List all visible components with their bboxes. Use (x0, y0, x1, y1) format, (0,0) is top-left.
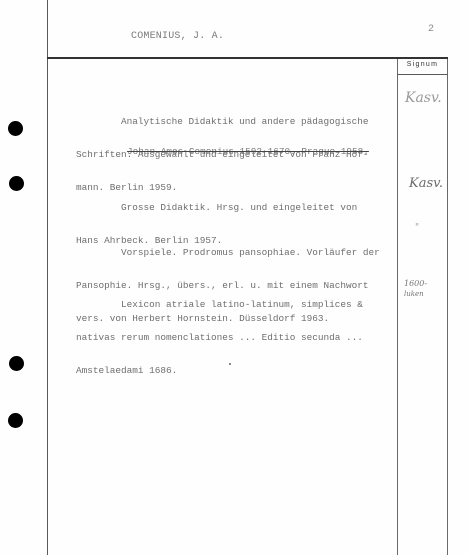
signum-column-right-border (447, 59, 448, 555)
signum-line: luken (404, 289, 427, 300)
entry-line: Lexicon atriale latino-latinum, simplice… (76, 299, 398, 310)
signum-handwritten: Kasv. (405, 90, 442, 106)
signum-header: Signum (398, 61, 447, 68)
punch-hole (9, 176, 24, 191)
bibliographic-entry: Lexicon atriale latino-latinum, simplice… (76, 277, 398, 398)
catalog-card: COMENIUS, J. A. 2 Signum Analytische Did… (0, 0, 468, 555)
punch-hole (9, 356, 24, 371)
page-number: 2 (428, 24, 434, 35)
punch-hole (8, 121, 23, 136)
signum-ditto-mark: " (415, 223, 419, 233)
entry-line: Grosse Didaktik. Hrsg. und eingeleitet v… (76, 202, 398, 213)
entry-line: Vorspiele. Prodromus pansophiae. Vorläuf… (76, 247, 398, 258)
card-heading: COMENIUS, J. A. (131, 31, 224, 42)
punch-hole (8, 413, 23, 428)
signum-handwritten: 1600- luken (404, 278, 427, 300)
left-margin-rule (47, 0, 48, 555)
signum-header-rule (397, 74, 448, 75)
signum-line: 1600- (404, 278, 427, 289)
entry-line: nativas rerum nomenclationes ... Editio … (76, 332, 398, 343)
entry-line: Analytische Didaktik und andere pädagogi… (76, 116, 398, 127)
entry-line: Amstelaedami 1686. (76, 365, 398, 376)
header-rule (47, 57, 448, 59)
signum-handwritten: Kasv. (409, 176, 443, 191)
struck-entry: Johan Amos Comenius 1592-1670. Prague 19… (127, 146, 369, 157)
paper-speck (229, 363, 231, 365)
